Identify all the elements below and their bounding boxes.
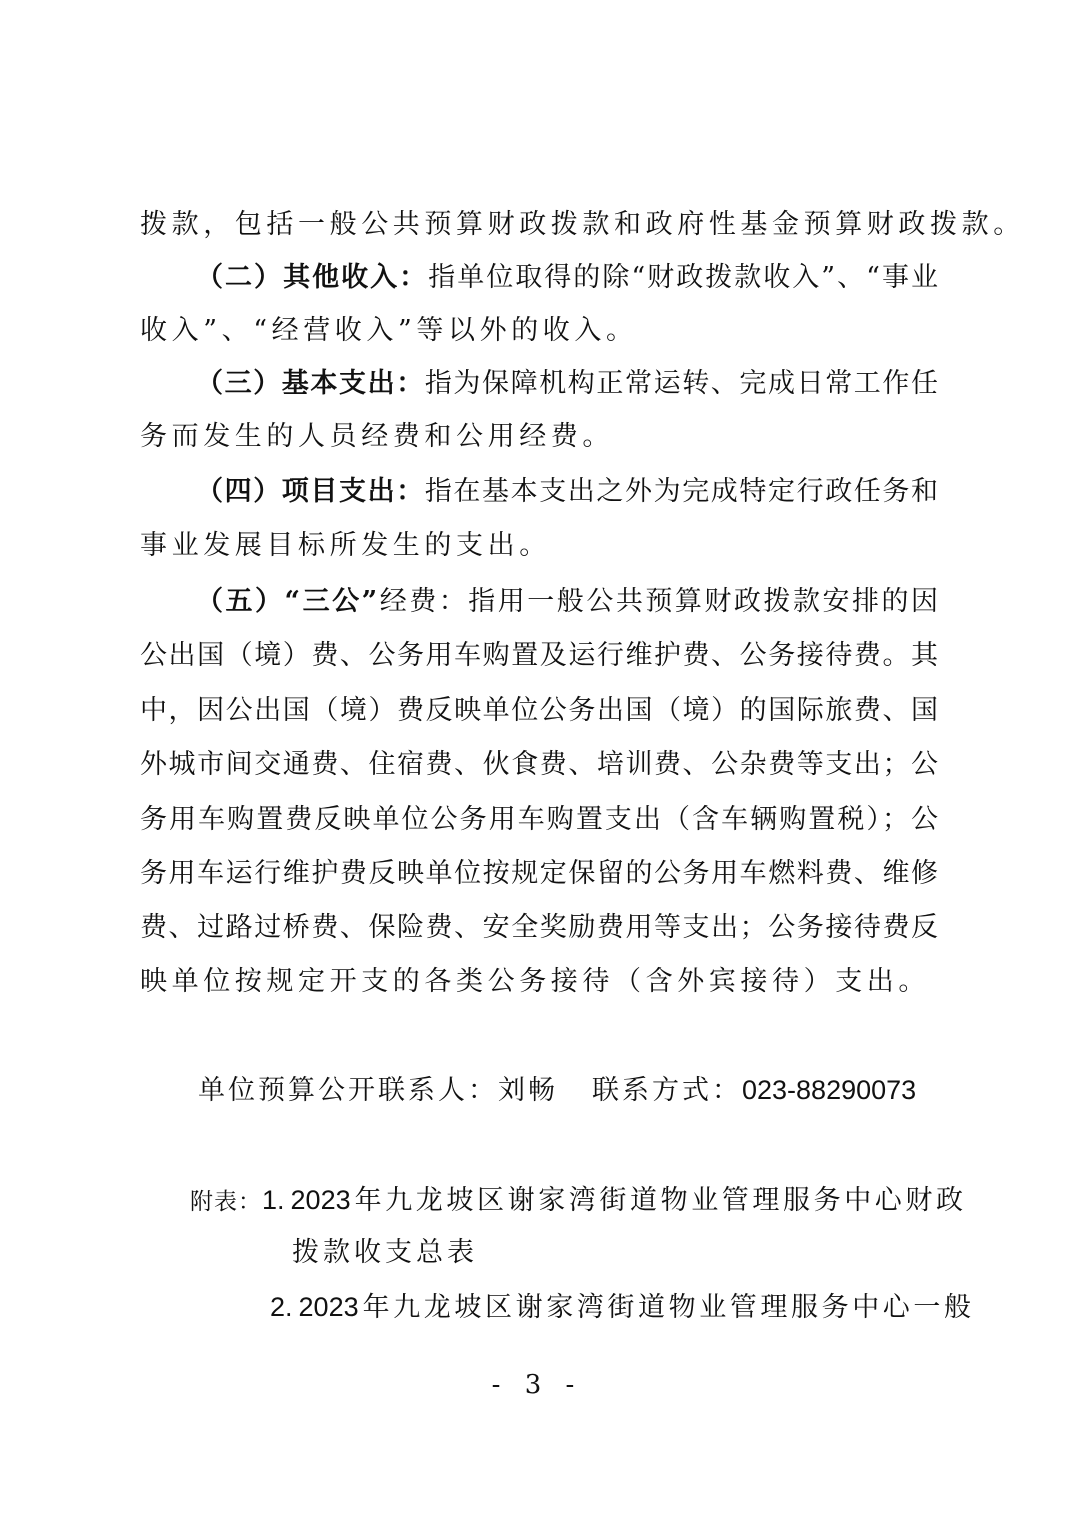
text: 务而发生的人员经费和公用经费。 bbox=[140, 421, 614, 452]
paragraph-basic-expenditure: （三）基本支出：指为保障机构正常运转、完成日常工作任 bbox=[196, 366, 938, 402]
section-heading: （二）其他收入： bbox=[196, 262, 428, 293]
paragraph-line: 收入”、“经营收入”等以外的收入。 bbox=[140, 313, 938, 349]
document-page: 拨款，包括一般公共预算财政拨款和政府性基金预算财政拨款。 （二）其他收入：指单位… bbox=[0, 0, 1074, 1520]
contact-method-label: 联系方式： bbox=[592, 1075, 742, 1106]
text: 指为保障机构正常运转、完成日常工作任 bbox=[425, 368, 938, 399]
attachment-year: 2023 bbox=[299, 1292, 359, 1322]
contact-name: 刘畅 bbox=[498, 1075, 558, 1106]
section-heading: （五）“三公” bbox=[196, 586, 377, 617]
text: 拨款，包括一般公共预算财政拨款和政府性基金预算财政拨款。 bbox=[140, 209, 1025, 240]
text: 中，因公出国（境）费反映单位公务出国（境）的国际旅费、国 bbox=[140, 695, 938, 726]
text: 事业发展目标所发生的支出。 bbox=[140, 530, 551, 561]
attachment-item-1-continued: 拨款收支总表 bbox=[292, 1235, 478, 1271]
paragraph-line: 外城市间交通费、住宿费、伙食费、培训费、公杂费等支出；公 bbox=[140, 747, 938, 783]
text: 外城市间交通费、住宿费、伙食费、培训费、公杂费等支出；公 bbox=[140, 749, 938, 780]
section-heading-rest: 经费： bbox=[377, 586, 468, 617]
attachment-number: 1. bbox=[262, 1185, 285, 1215]
text: 务用车运行维护费反映单位按规定保留的公务用车燃料费、维修 bbox=[140, 858, 938, 889]
attachment-title: 年九龙坡区谢家湾街道物业管理服务中心财政 bbox=[355, 1185, 967, 1216]
paragraph-project-expenditure: （四）项目支出：指在基本支出之外为完成特定行政任务和 bbox=[196, 474, 938, 510]
contact-info: 单位预算公开联系人：刘畅联系方式：023-88290073 bbox=[198, 1072, 916, 1109]
text: 公出国（境）费、公务用车购置及运行维护费、公务接待费。其 bbox=[140, 640, 938, 671]
text: 指用一般公共预算财政拨款安排的因 bbox=[468, 586, 938, 617]
text: 指在基本支出之外为完成特定行政任务和 bbox=[425, 476, 938, 507]
attachment-title: 年九龙坡区谢家湾街道物业管理服务中心一般 bbox=[363, 1292, 975, 1323]
text: 务用车购置费反映单位公务用车购置支出（含车辆购置税）；公 bbox=[140, 804, 938, 835]
attachment-number: 2. bbox=[270, 1292, 293, 1322]
paragraph-line: 务而发生的人员经费和公用经费。 bbox=[140, 419, 938, 455]
attachment-item-2: 2.2023年九龙坡区谢家湾街道物业管理服务中心一般 bbox=[270, 1289, 975, 1326]
section-heading: （四）项目支出： bbox=[196, 476, 425, 507]
attachment-item-1: 附表：1.2023年九龙坡区谢家湾街道物业管理服务中心财政 bbox=[190, 1182, 967, 1220]
section-heading: （三）基本支出： bbox=[196, 368, 425, 399]
paragraph-three-public-expenses: （五）“三公”经费：指用一般公共预算财政拨款安排的因 bbox=[196, 584, 938, 620]
contact-phone: 023-88290073 bbox=[742, 1075, 916, 1105]
paragraph-line: 中，因公出国（境）费反映单位公务出国（境）的国际旅费、国 bbox=[140, 693, 938, 729]
paragraph-line: 公出国（境）费、公务用车购置及运行维护费、公务接待费。其 bbox=[140, 638, 938, 674]
paragraph-line: 映单位按规定开支的各类公务接待（含外宾接待）支出。 bbox=[140, 964, 938, 1000]
text: 费、过路过桥费、保险费、安全奖励费用等支出；公务接待费反 bbox=[140, 912, 938, 943]
paragraph-line: 务用车运行维护费反映单位按规定保留的公务用车燃料费、维修 bbox=[140, 856, 938, 892]
attachment-title-continued: 拨款收支总表 bbox=[292, 1237, 478, 1268]
attachment-year: 2023 bbox=[291, 1185, 351, 1215]
paragraph-other-income: （二）其他收入：指单位取得的除“财政拨款收入”、“事业 bbox=[196, 260, 938, 296]
paragraph-line: 费、过路过桥费、保险费、安全奖励费用等支出；公务接待费反 bbox=[140, 910, 938, 946]
contact-label: 单位预算公开联系人： bbox=[198, 1075, 498, 1106]
page-number: - 3 - bbox=[0, 1370, 1074, 1400]
text: 指单位取得的除“财政拨款收入”、“事业 bbox=[428, 262, 938, 293]
text: 收入”、“经营收入”等以外的收入。 bbox=[140, 315, 638, 346]
attachments-label: 附表： bbox=[190, 1189, 262, 1215]
paragraph-line: 拨款，包括一般公共预算财政拨款和政府性基金预算财政拨款。 bbox=[140, 207, 938, 243]
text: 映单位按规定开支的各类公务接待（含外宾接待）支出。 bbox=[140, 966, 930, 997]
paragraph-line: 事业发展目标所发生的支出。 bbox=[140, 528, 938, 564]
paragraph-line: 务用车购置费反映单位公务用车购置支出（含车辆购置税）；公 bbox=[140, 802, 938, 838]
